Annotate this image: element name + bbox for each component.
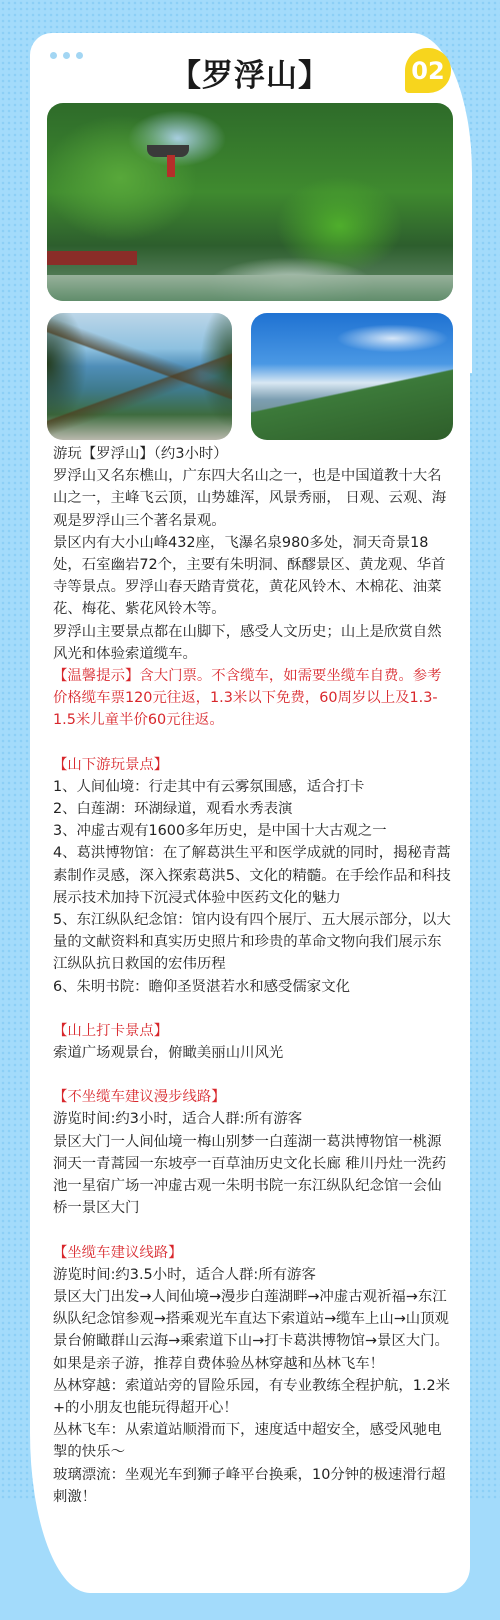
downhill-item: 2、白莲湖：环湖绿道，观看水秀表演 [53,798,453,820]
cable-route-heading: 【坐缆车建议线路】 [53,1242,453,1264]
cable-route-extra: 丛林穿越：索道站旁的冒险乐园，有专业教练全程护航，1.2米+的小朋友也能玩得超开… [53,1375,453,1419]
walk-route-path: 景区大门一人间仙境一梅山别梦一白莲湖一葛洪博物馆一桃源洞天一青蒿园一东坡亭一百草… [53,1131,453,1220]
red-railing [47,251,137,265]
downhill-item: 1、人间仙境：行走其中有云雾氛围感，适合打卡 [53,776,453,798]
uphill-text: 索道广场观景台，俯瞰美丽山川风光 [53,1042,453,1064]
cable-route-path: 景区大门出发→人间仙境→漫步白莲湖畔→冲虚古观祈福→东江纵队纪念馆参观→搭乘观光… [53,1286,453,1353]
cable-route-extra: 如果是亲子游，推荐自费体验丛林穿越和丛林飞车！ [53,1353,453,1375]
spacer [53,732,453,754]
downhill-heading: 【山下游玩景点】 [53,754,453,776]
photo-lookout [47,313,232,440]
uphill-heading: 【山上打卡景点】 [53,1020,453,1042]
cable-route-extra: 玻璃漂流：坐观光车到狮子峰平台换乘，10分钟的极速滑行超刺激！ [53,1464,453,1508]
intro-paragraph: 罗浮山主要景点都在山脚下，感受人文历史；山上是欣赏自然风光和体验索道缆车。 [53,621,453,665]
downhill-item: 6、朱明书院：瞻仰圣贤湛若水和感受儒家文化 [53,976,453,998]
intro-paragraph: 景区内有大小山峰432座，飞瀑名泉980多处，洞天奇景18处，石室幽岩72个，主… [53,532,453,621]
spacer [53,1220,453,1242]
walk-route-heading: 【不坐缆车建议漫步线路】 [53,1086,453,1108]
tip-text: 【温馨提示】含大门票。不含缆车，如需要坐缆车自费。参考价格缆车票120元往返，1… [53,665,453,732]
walk-route-info: 游览时间:约3小时，适合人群:所有游客 [53,1108,453,1130]
photo-garden [47,103,453,301]
downhill-item: 5、东江纵队纪念馆：馆内设有四个展厅、五大展示部分，以大量的文献资料和真实历史照… [53,909,453,976]
downhill-item: 4、葛洪博物馆：在了解葛洪生平和医学成就的同时，揭秘青蒿素制作灵感，深入探索葛洪… [53,842,453,909]
article-body: 游玩【罗浮山】（约3小时） 罗浮山又名东樵山，广东四大名山之一，也是中国道教十大… [53,443,453,1508]
spacer [53,998,453,1020]
intro-paragraph: 罗浮山又名东樵山，广东四大名山之一，也是中国道教十大名山之一，主峰飞云顶，山势雄… [53,465,453,532]
misty-pond [47,275,453,301]
pavilion-post [167,155,175,177]
spacer [53,1064,453,1086]
cable-route-extra: 丛林飞车：从索道站顺滑而下，速度适中超安全，感受风驰电掣的快乐～ [53,1419,453,1463]
page-number-badge: 02 [405,48,451,93]
intro-heading: 游玩【罗浮山】（约3小时） [53,443,453,465]
downhill-item: 3、冲虚古观有1600多年历史，是中国十大古观之一 [53,820,453,842]
photo-mountain [251,313,453,440]
cable-route-info: 游览时间:约3.5小时，适合人群:所有游客 [53,1264,453,1286]
